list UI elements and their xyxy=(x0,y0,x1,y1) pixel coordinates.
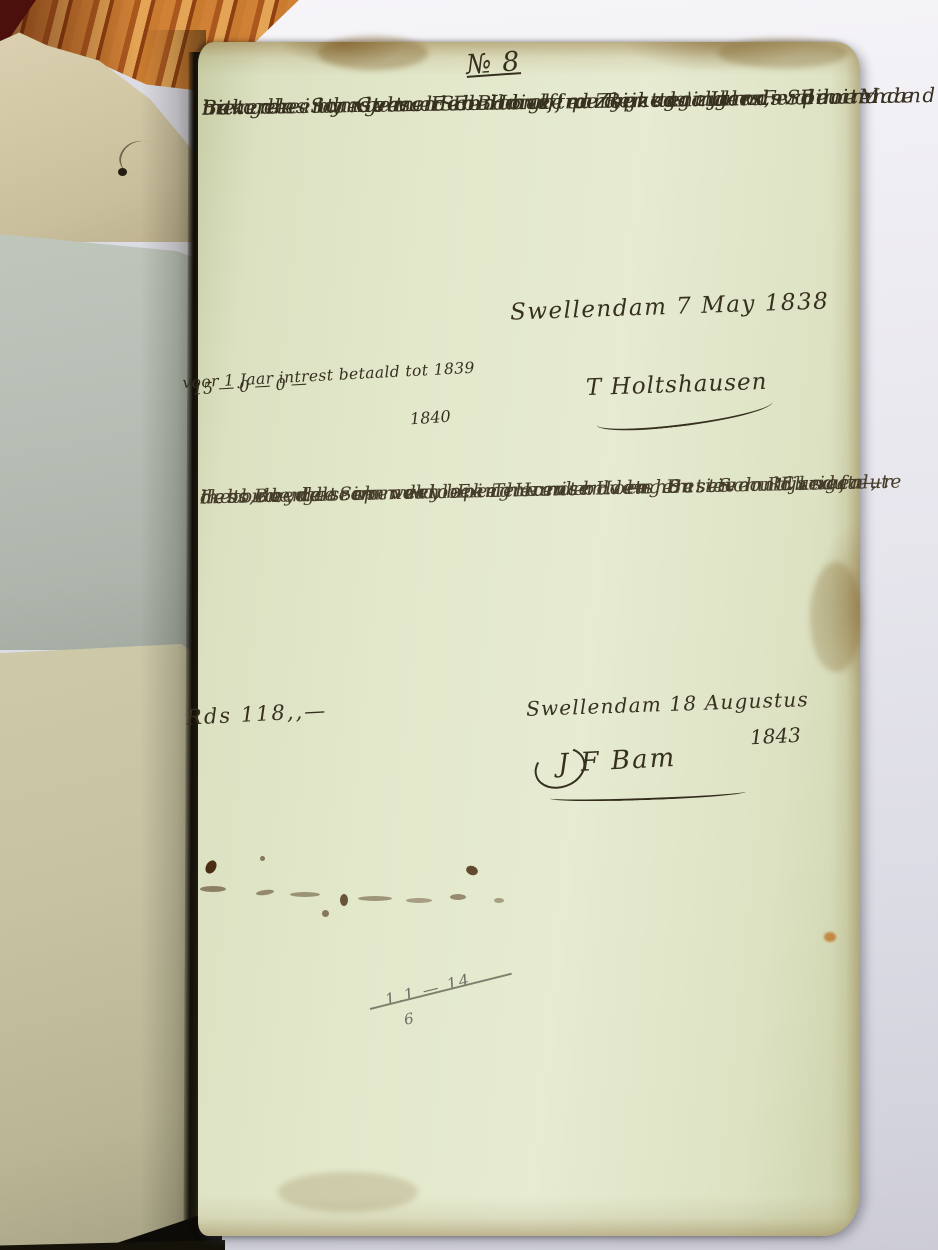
document-page: № 8 Bekenne by deese Schuldig te Zyn aan… xyxy=(198,42,860,1236)
dateline-1843-year: 1843 xyxy=(749,723,801,750)
archive-photo: № 8 Bekenne by deese Schuldig te Zyn aan… xyxy=(0,0,938,1250)
signature-underline xyxy=(550,787,746,804)
handwritten-line: met de daarop verloopene renten. — xyxy=(200,477,650,528)
paper-stain xyxy=(278,1172,418,1212)
handwritten-line: met de intrest van Een half persent s'ma… xyxy=(202,86,783,137)
ink-offset-smudges xyxy=(198,842,598,922)
signature-bam: J F Bam xyxy=(557,743,677,779)
pencil-annotation-denominator: 6 xyxy=(403,1009,416,1028)
paper-stain xyxy=(318,36,428,70)
dateline-1843-place: Swellendam 18 Augustus xyxy=(526,687,810,721)
dateline-1838: Swellendam 7 May 1838 xyxy=(510,288,830,325)
paper-stain xyxy=(810,562,862,672)
receipt-paragraph: Ik ondergeteekende bekenne van den Datie… xyxy=(200,473,858,488)
promissory-note-paragraph: Bekenne by deese Schuldig te Zyn aan Jan… xyxy=(202,84,854,95)
ink-blot xyxy=(118,168,127,176)
paper-stain xyxy=(718,38,848,68)
document-number: № 8 xyxy=(465,46,521,81)
margin-note-year: 1840 xyxy=(409,407,451,429)
amount-rijksdaalders: Rds 118,,— xyxy=(185,698,327,729)
paper-stain xyxy=(824,932,836,942)
